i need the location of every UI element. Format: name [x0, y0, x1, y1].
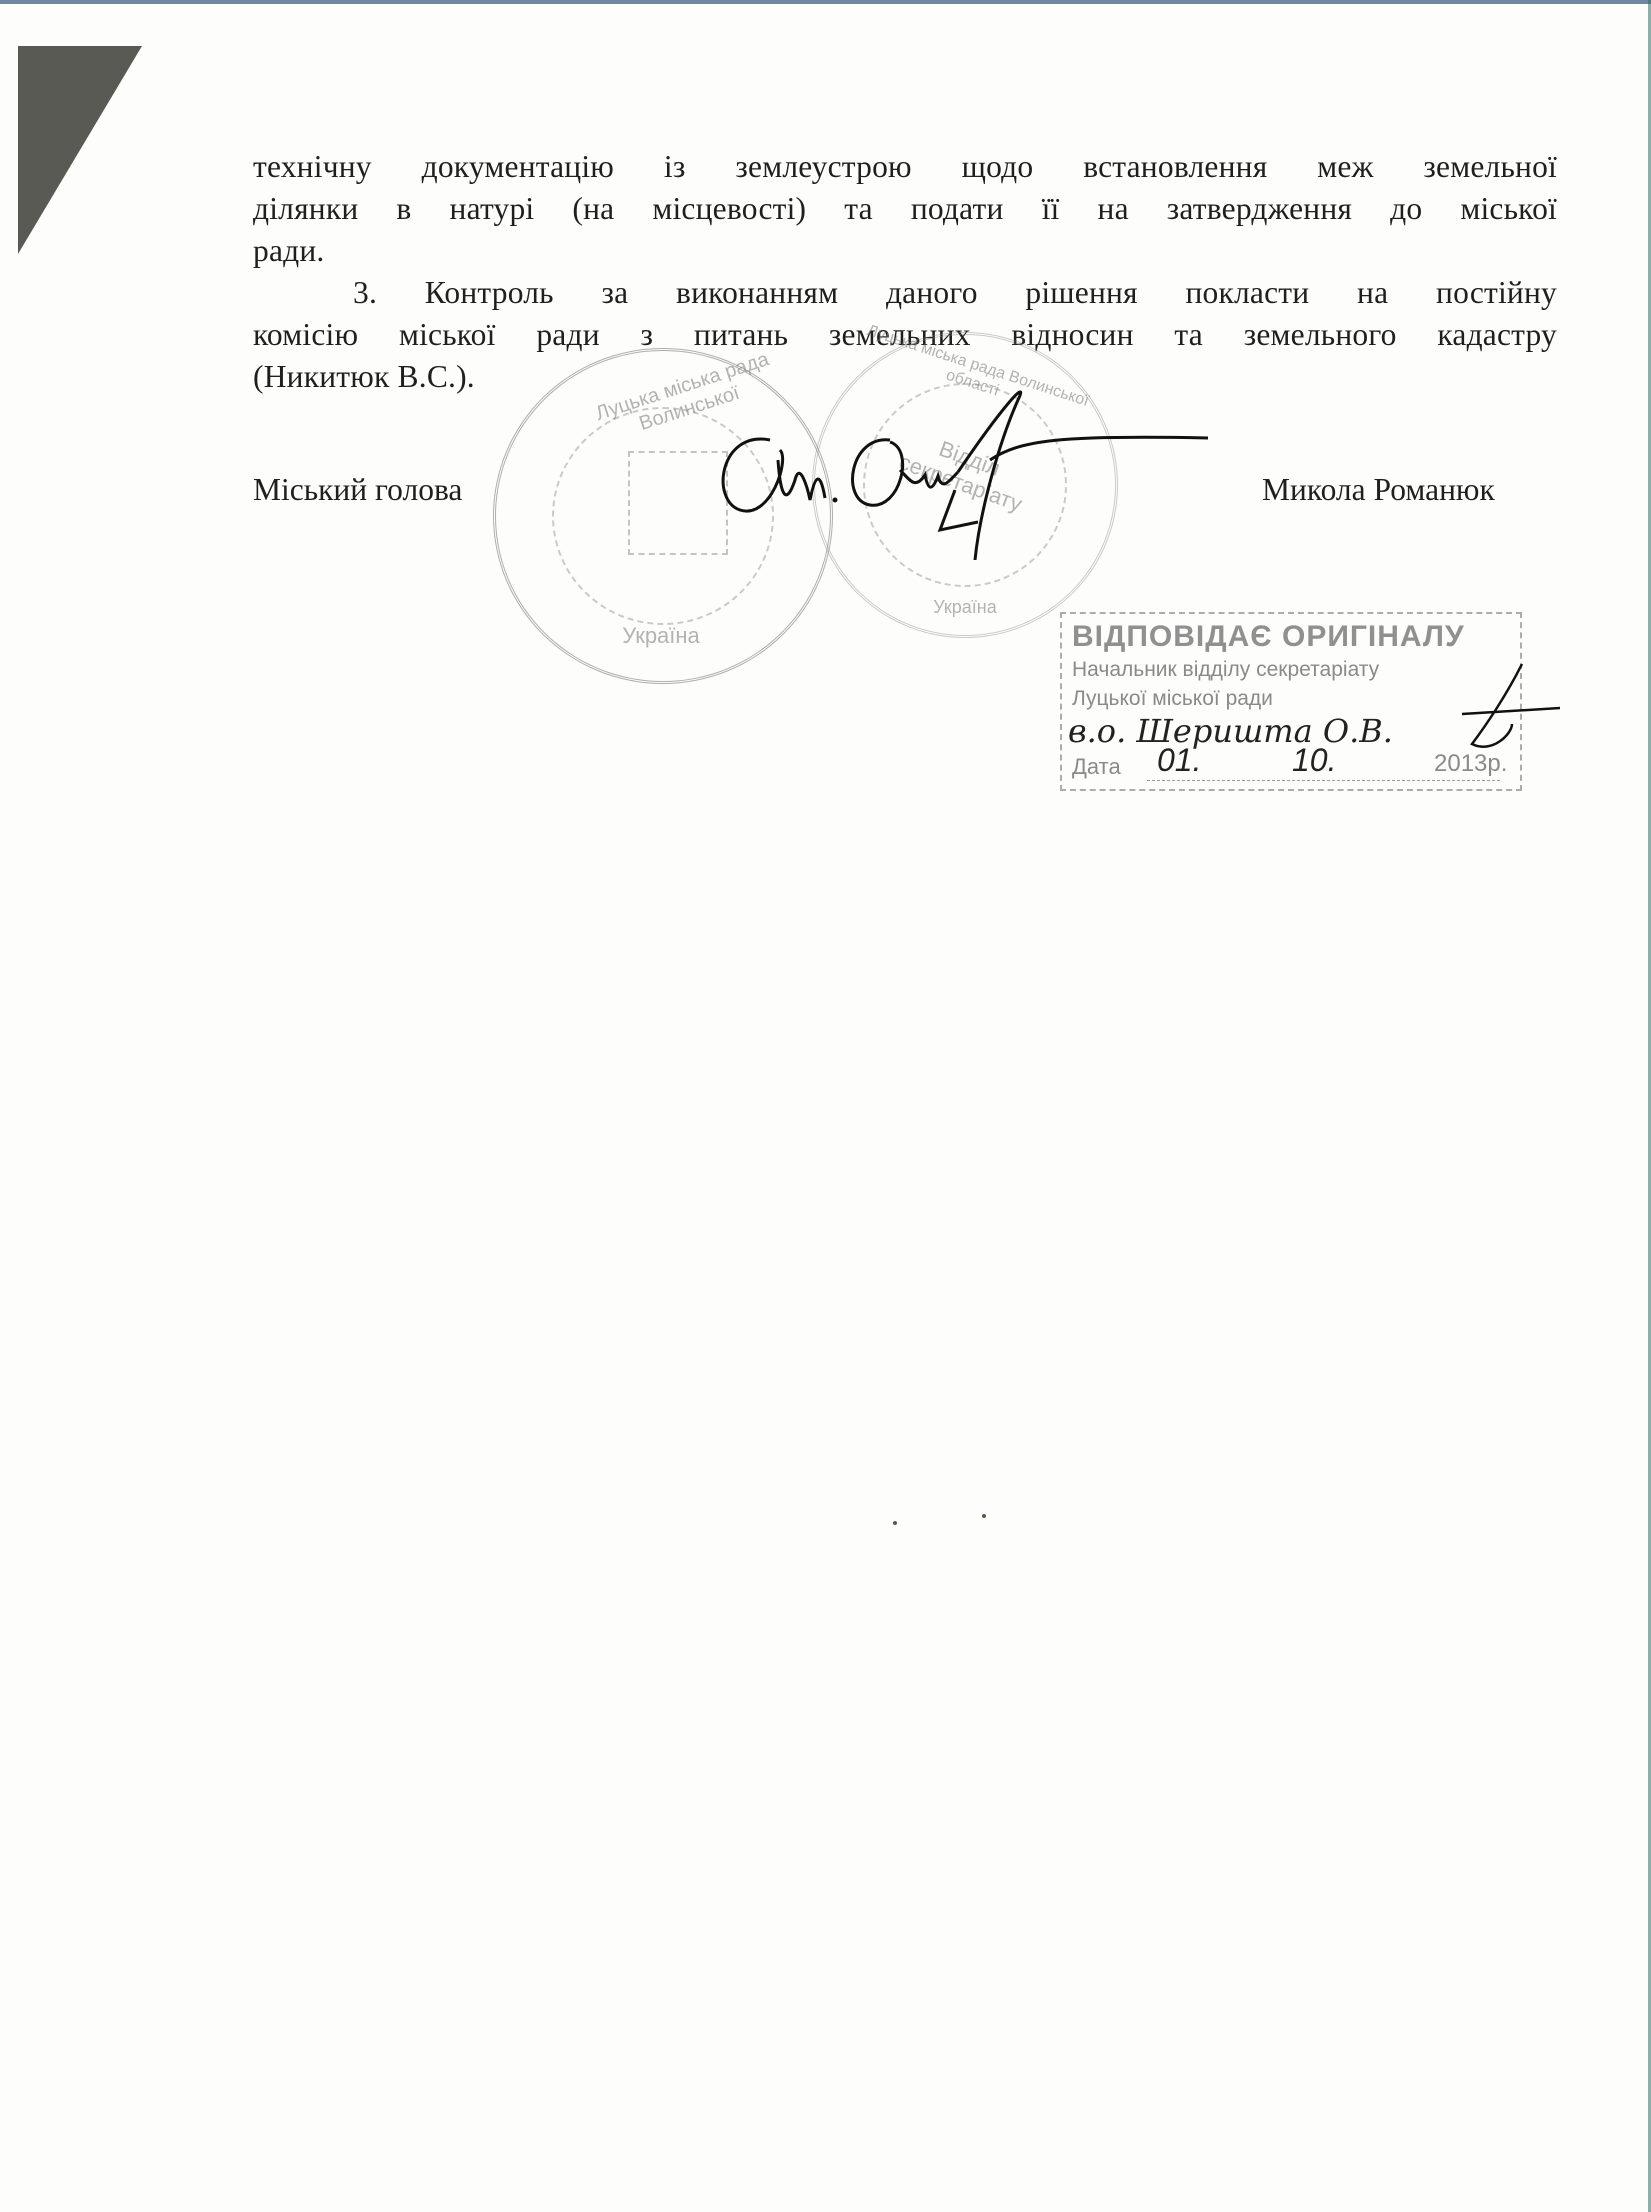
text-line: ділянки в натурі (на місцевості) та пода… [253, 188, 1557, 230]
scan-speck [982, 1514, 986, 1518]
text-line: 3. Контроль за виконанням даного рішення… [253, 272, 1557, 314]
stamp-date-underline [1147, 780, 1500, 781]
signatory-name: Микола Романюк [1262, 472, 1495, 508]
seal-bottom-text: Україна [606, 623, 716, 649]
text-line: технічну документацію із землеустрою щод… [253, 146, 1557, 188]
stamp-date-month: 10. [1292, 742, 1336, 779]
stamp-date-label: Дата [1072, 754, 1121, 780]
scan-speck [893, 1521, 897, 1525]
stamp-date-day: 01. [1157, 742, 1201, 779]
stamp-position: Начальник відділу секретаріату [1072, 658, 1379, 682]
mayor-signature-icon [700, 380, 1220, 560]
stamp-organization: Луцької міської ради [1072, 687, 1273, 711]
certification-stamp: ВІДПОВІДАЄ ОРИГІНАЛУ Начальник відділу с… [1060, 612, 1522, 791]
stamp-signature-icon [1452, 664, 1562, 764]
scanner-corner-mark [18, 46, 142, 254]
paragraph-continuation: технічну документацію із землеустрою щод… [253, 146, 1557, 272]
position-title: Міський голова [253, 472, 462, 508]
seal-bottom-text: Україна [905, 597, 1025, 618]
stamp-handwritten-name: в.о. Шеришта О.В. [1068, 712, 1393, 750]
scan-top-edge [0, 0, 1651, 4]
text-line: ради. [253, 230, 1557, 272]
stamp-title: ВІДПОВІДАЄ ОРИГІНАЛУ [1072, 620, 1465, 654]
